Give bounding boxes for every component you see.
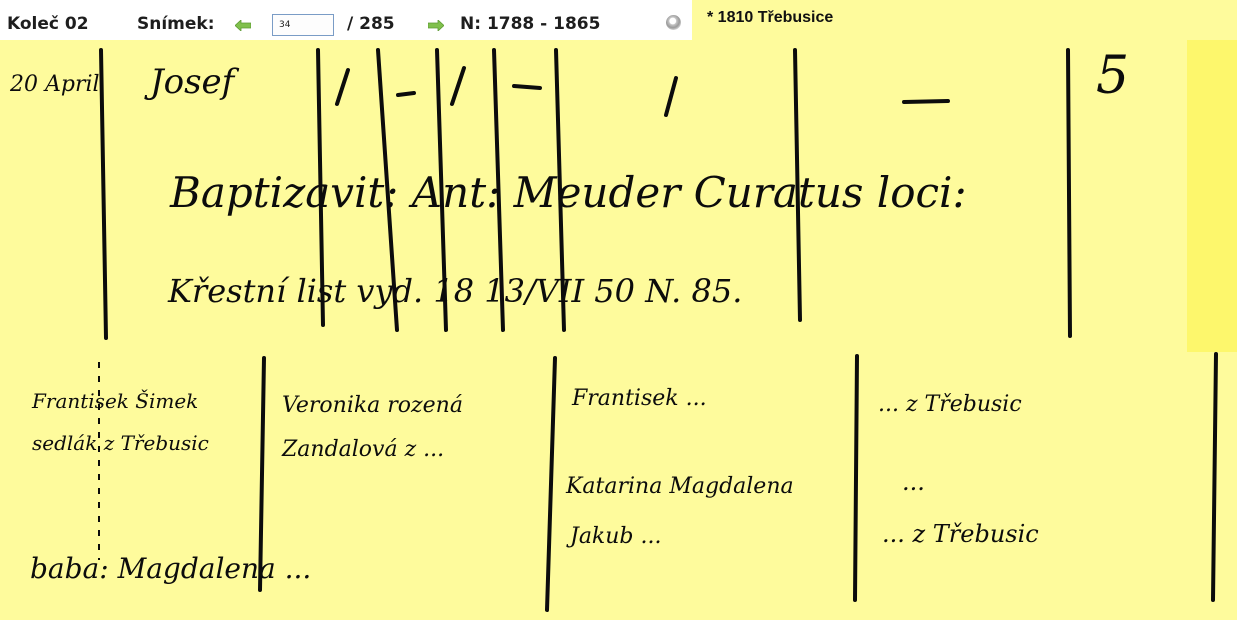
- arrow-left-icon[interactable]: [235, 20, 251, 31]
- round-button-icon[interactable]: [666, 15, 681, 30]
- viewer-toolbar: Koleč 02 Snímek: / 285 N: 1788 - 1865: [0, 0, 692, 40]
- year-range: N: 1788 - 1865: [460, 14, 600, 34]
- frame-label: Snímek:: [137, 14, 215, 34]
- arrow-right-icon[interactable]: [428, 20, 444, 31]
- record-title: * 1810 Třebusice: [707, 9, 833, 27]
- frame-total: / 285: [347, 14, 395, 34]
- reel-label: Koleč 02: [7, 14, 89, 34]
- frame-number-input[interactable]: [272, 14, 334, 36]
- register-ruling-lines: [0, 0, 1237, 620]
